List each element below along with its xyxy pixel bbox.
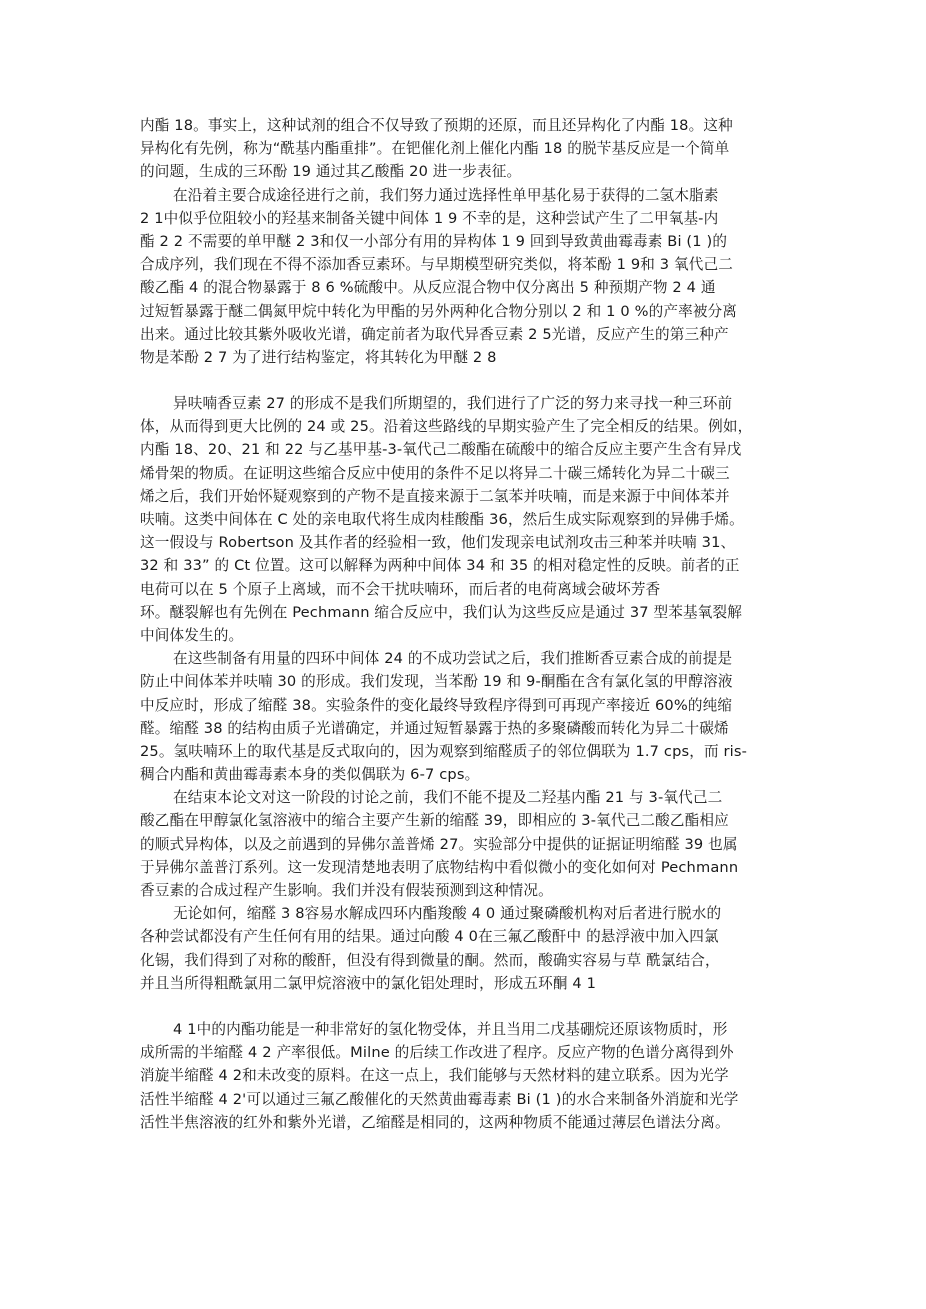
text-line: 内酯 18、20、21 和 22 与乙基甲基-3-氧代己二酸酯在硫酸中的缩合反应… <box>140 438 816 461</box>
text-line: 活性半缩醛 4 2'可以通过三氟乙酸催化的天然黄曲霉毒素 Bi (1 )的水合来… <box>140 1088 816 1111</box>
text-line: 32 和 33” 的 Ct 位置。这可以解释为两种中间体 34 和 35 的相对… <box>140 554 816 577</box>
text-line: 环。醚裂解也有先例在 Pechmann 缩合反应中，我们认为这些反应是通过 37… <box>140 601 816 624</box>
paragraph-first-line: 在这些制备有用量的四环中间体 24 的不成功尝试之后，我们推断香豆素合成的前提是 <box>140 647 816 670</box>
text-line: 酯 2 2 不需要的单甲醚 2 3和仅一小部分有用的异构体 1 9 回到导致黄曲… <box>140 230 816 253</box>
text-line: 稠合内酯和黄曲霉毒素本身的类似偶联为 6-7 cps。 <box>140 763 816 786</box>
text-line: 于异佛尔盖普汀系列。这一发现清楚地表明了底物结构中看似微小的变化如何对 Pech… <box>140 856 816 879</box>
text-line: 的问题，生成的三环酚 19 通过其乙酸酯 20 进一步表征。 <box>140 160 816 183</box>
paragraph-gap <box>140 995 816 1018</box>
text-line: 中间体发生的。 <box>140 624 816 647</box>
text-line: 各种尝试都没有产生任何有用的结果。通过向酸 4 0在三氟乙酸酐中 的悬浮液中加入… <box>140 925 816 948</box>
text-line: 25。氢呋喃环上的取代基是反式取向的，因为观察到缩醛质子的邻位偶联为 1.7 c… <box>140 740 816 763</box>
text-line: 体，从而得到更大比例的 24 或 25。沿着这些路线的早期实验产生了完全相反的结… <box>140 415 816 438</box>
text-line: 烯骨架的物质。在证明这些缩合反应中使用的条件不足以将异二十碳三烯转化为异二十碳三 <box>140 462 816 485</box>
text-line: 的顺式异构体，以及之前遇到的异佛尔盖普烯 27。实验部分中提供的证据证明缩醛 3… <box>140 833 816 856</box>
text-line: 电荷可以在 5 个原子上离域，而不会干扰呋喃环，而后者的电荷离域会破坏芳香 <box>140 578 816 601</box>
text-line: 活性半焦溶液的红外和紫外光谱，乙缩醛是相同的，这两种物质不能通过薄层色谱法分离。 <box>140 1111 816 1134</box>
paragraph-first-line: 在结束本论文对这一阶段的讨论之前，我们不能不提及二羟基内酯 21 与 3-氧代己… <box>140 786 816 809</box>
text-line: 异构化有先例，称为“酰基内酯重排”。在钯催化剂上催化内酯 18 的脱苄基反应是一… <box>140 137 816 160</box>
text-line: 出来。通过比较其紫外吸收光谱，确定前者为取代异香豆素 2 5光谱，反应产生的第三… <box>140 323 816 346</box>
text-line: 酸乙酯在甲醇氯化氢溶液中的缩合主要产生新的缩醛 39，即相应的 3-氧代己二酸乙… <box>140 809 816 832</box>
paragraph-gap <box>140 369 816 392</box>
text-line: 消旋半缩醛 4 2和未改变的原料。在这一点上，我们能够与天然材料的建立联系。因为… <box>140 1064 816 1087</box>
text-line: 烯之后，我们开始怀疑观察到的产物不是直接来源于二氢苯并呋喃，而是来源于中间体苯并 <box>140 485 816 508</box>
text-line: 这一假设与 Robertson 及其作者的经验相一致，他们发现亲电试剂攻击三种苯… <box>140 531 816 554</box>
text-line: 醛。缩醛 38 的结构由质子光谱确定，并通过短暂暴露于热的多聚磷酸而转化为异二十… <box>140 717 816 740</box>
paragraph-first-line: 无论如何，缩醛 3 8容易水解成四环内酯羧酸 4 0 通过聚磷酸机构对后者进行脱… <box>140 902 816 925</box>
text-line: 过短暂暴露于醚二偶氮甲烷中转化为甲酯的另外两种化合物分别以 2 和 1 0 %的… <box>140 300 816 323</box>
text-line: 合成序列，我们现在不得不添加香豆素环。与早期模型研究类似，将苯酚 1 9和 3 … <box>140 253 816 276</box>
text-line: 2 1中似乎位阻较小的羟基来制备关键中间体 1 9 不幸的是，这种尝试产生了二甲… <box>140 207 816 230</box>
document-page: 内酯 18。事实上，这种试剂的组合不仅导致了预期的还原，而且还异构化了内酯 18… <box>140 114 816 1134</box>
text-line: 呋喃。这类中间体在 C 处的亲电取代将生成肉桂酸酯 36，然后生成实际观察到的异… <box>140 508 816 531</box>
paragraph-first-line: 异呋喃香豆素 27 的形成不是我们所期望的，我们进行了广泛的努力来寻找一种三环前 <box>140 392 816 415</box>
text-line: 中反应时，形成了缩醛 38。实验条件的变化最终导致程序得到可再现产率接近 60%… <box>140 694 816 717</box>
text-line: 成所需的半缩醛 4 2 产率很低。Milne 的后续工作改进了程序。反应产物的色… <box>140 1041 816 1064</box>
paragraph-first-line: 4 1中的内酯功能是一种非常好的氢化物受体，并且当用二戊基硼烷还原该物质时，形 <box>140 1018 816 1041</box>
text-line: 酸乙酯 4 的混合物暴露于 8 6 %硫酸中。从反应混合物中仅分离出 5 种预期… <box>140 276 816 299</box>
text-line: 物是苯酚 2 7 为了进行结构鉴定，将其转化为甲醚 2 8 <box>140 346 816 369</box>
text-line: 香豆素的合成过程产生影响。我们并没有假装预测到这种情况。 <box>140 879 816 902</box>
text-line: 化锡，我们得到了对称的酸酐，但没有得到微量的酮。然而，酸确实容易与草 酰氯结合， <box>140 949 816 972</box>
text-line: 并且当所得粗酰氯用二氯甲烷溶液中的氯化铝处理时，形成五环酮 4 1 <box>140 972 816 995</box>
paragraph-first-line: 在沿着主要合成途径进行之前，我们努力通过选择性单甲基化易于获得的二氢木脂素 <box>140 184 816 207</box>
text-line: 防止中间体苯并呋喃 30 的形成。我们发现，当苯酚 19 和 9-酮酯在含有氯化… <box>140 670 816 693</box>
text-line: 内酯 18。事实上，这种试剂的组合不仅导致了预期的还原，而且还异构化了内酯 18… <box>140 114 816 137</box>
